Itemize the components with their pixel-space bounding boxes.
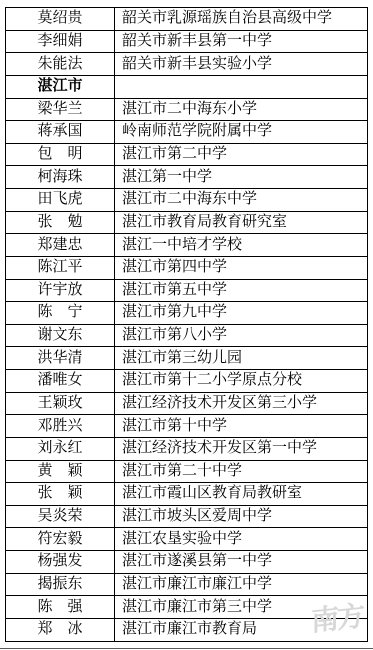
school-cell: 湛江市第二中学 bbox=[115, 143, 368, 166]
school-cell: 湛江农垦实验中学 bbox=[115, 528, 368, 551]
table-row: 潘唯女湛江市第十二小学原点分校 bbox=[6, 370, 368, 393]
table-row: 朱能法韶关市新丰县实验小学 bbox=[6, 53, 368, 76]
name-cell: 揭振东 bbox=[6, 573, 115, 596]
table-row: 包 明湛江市第二中学 bbox=[6, 143, 368, 166]
school-cell: 湛江市二中海东小学 bbox=[115, 98, 368, 121]
name-cell: 张 勉 bbox=[6, 211, 115, 234]
name-cell: 刘永红 bbox=[6, 437, 115, 460]
table-row: 谢文东湛江市第八小学 bbox=[6, 324, 368, 347]
school-cell: 湛江一中培才学校 bbox=[115, 234, 368, 257]
table-row: 郑 冰湛江市廉江市教育局 bbox=[6, 618, 368, 641]
name-cell: 李细娟 bbox=[6, 30, 115, 53]
name-cell: 谢文东 bbox=[6, 324, 115, 347]
school-cell: 湛江市廉江市教育局 bbox=[115, 618, 368, 641]
table-row: 陈 宁湛江市第九中学 bbox=[6, 302, 368, 325]
table-row: 莫绍贵韶关市乳源瑶族自治县高级中学 bbox=[6, 8, 368, 31]
name-cell: 柯海珠 bbox=[6, 166, 115, 189]
name-cell: 陈 宁 bbox=[6, 302, 115, 325]
name-cell: 许宇放 bbox=[6, 279, 115, 302]
name-cell: 郑建忠 bbox=[6, 234, 115, 257]
name-cell: 湛江市 bbox=[6, 75, 115, 98]
table-row: 许宇放湛江市第五中学 bbox=[6, 279, 368, 302]
name-cell: 陈江平 bbox=[6, 256, 115, 279]
school-cell: 湛江市教育局教育研究室 bbox=[115, 211, 368, 234]
school-cell: 湛江市第八小学 bbox=[115, 324, 368, 347]
table-row: 蒋承国岭南师范学院附属中学 bbox=[6, 121, 368, 144]
name-cell: 邓胜兴 bbox=[6, 415, 115, 438]
table-row: 张 勉湛江市教育局教育研究室 bbox=[6, 211, 368, 234]
school-cell: 湛江市第十中学 bbox=[115, 415, 368, 438]
school-cell: 湛江经济技术开发区第一中学 bbox=[115, 437, 368, 460]
school-cell: 湛江市第三幼儿园 bbox=[115, 347, 368, 370]
name-cell: 莫绍贵 bbox=[6, 8, 115, 31]
school-cell: 湛江市第五中学 bbox=[115, 279, 368, 302]
name-cell: 郑 冰 bbox=[6, 618, 115, 641]
name-cell: 黄 颖 bbox=[6, 460, 115, 483]
name-cell: 洪华清 bbox=[6, 347, 115, 370]
roster-table: 莫绍贵韶关市乳源瑶族自治县高级中学李细娟韶关市新丰县第一中学朱能法韶关市新丰县实… bbox=[5, 7, 368, 642]
table-row: 杨强发湛江市遂溪县第一中学 bbox=[6, 551, 368, 574]
school-cell: 湛江市坡头区爱周中学 bbox=[115, 505, 368, 528]
name-cell: 田飞虎 bbox=[6, 189, 115, 212]
school-cell: 湛江市第十二小学原点分校 bbox=[115, 370, 368, 393]
table-row: 陈江平湛江市第四中学 bbox=[6, 256, 368, 279]
school-cell: 湛江市遂溪县第一中学 bbox=[115, 551, 368, 574]
school-cell: 湛江市廉江市第三中学 bbox=[115, 596, 368, 619]
name-cell: 吴炎荣 bbox=[6, 505, 115, 528]
table-row: 李细娟韶关市新丰县第一中学 bbox=[6, 30, 368, 53]
name-cell: 蒋承国 bbox=[6, 121, 115, 144]
school-cell: 湛江市第二十中学 bbox=[115, 460, 368, 483]
table-row: 洪华清湛江市第三幼儿园 bbox=[6, 347, 368, 370]
school-cell: 韶关市新丰县实验小学 bbox=[115, 53, 368, 76]
table-row: 揭振东湛江市廉江市廉江中学 bbox=[6, 573, 368, 596]
table-row: 田飞虎湛江市二中海东中学 bbox=[6, 189, 368, 212]
school-cell bbox=[115, 75, 368, 98]
document-page: 莫绍贵韶关市乳源瑶族自治县高级中学李细娟韶关市新丰县第一中学朱能法韶关市新丰县实… bbox=[0, 0, 373, 650]
name-cell: 朱能法 bbox=[6, 53, 115, 76]
page-bottom-border bbox=[0, 648, 373, 649]
table-row: 陈 强湛江市廉江市第三中学 bbox=[6, 596, 368, 619]
roster-table-body: 莫绍贵韶关市乳源瑶族自治县高级中学李细娟韶关市新丰县第一中学朱能法韶关市新丰县实… bbox=[6, 8, 368, 642]
table-row: 张 颖湛江市霞山区教育局教研室 bbox=[6, 483, 368, 506]
name-cell: 梁华兰 bbox=[6, 98, 115, 121]
school-cell: 湛江市第四中学 bbox=[115, 256, 368, 279]
school-cell: 湛江市二中海东中学 bbox=[115, 189, 368, 212]
school-cell: 湛江市廉江市廉江中学 bbox=[115, 573, 368, 596]
name-cell: 杨强发 bbox=[6, 551, 115, 574]
table-row: 郑建忠湛江一中培才学校 bbox=[6, 234, 368, 257]
school-cell: 湛江第一中学 bbox=[115, 166, 368, 189]
school-cell: 湛江经济技术开发区第三小学 bbox=[115, 392, 368, 415]
name-cell: 陈 强 bbox=[6, 596, 115, 619]
table-row: 吴炎荣湛江市坡头区爱周中学 bbox=[6, 505, 368, 528]
name-cell: 潘唯女 bbox=[6, 370, 115, 393]
school-cell: 湛江市霞山区教育局教研室 bbox=[115, 483, 368, 506]
table-row: 邓胜兴湛江市第十中学 bbox=[6, 415, 368, 438]
name-cell: 包 明 bbox=[6, 143, 115, 166]
name-cell: 符宏毅 bbox=[6, 528, 115, 551]
table-row: 梁华兰湛江市二中海东小学 bbox=[6, 98, 368, 121]
section-row: 湛江市 bbox=[6, 75, 368, 98]
table-row: 刘永红湛江经济技术开发区第一中学 bbox=[6, 437, 368, 460]
name-cell: 张 颖 bbox=[6, 483, 115, 506]
school-cell: 岭南师范学院附属中学 bbox=[115, 121, 368, 144]
table-row: 黄 颖湛江市第二十中学 bbox=[6, 460, 368, 483]
table-row: 符宏毅湛江农垦实验中学 bbox=[6, 528, 368, 551]
table-row: 王颖玫湛江经济技术开发区第三小学 bbox=[6, 392, 368, 415]
school-cell: 韶关市乳源瑶族自治县高级中学 bbox=[115, 8, 368, 31]
school-cell: 韶关市新丰县第一中学 bbox=[115, 30, 368, 53]
table-row: 柯海珠湛江第一中学 bbox=[6, 166, 368, 189]
school-cell: 湛江市第九中学 bbox=[115, 302, 368, 325]
name-cell: 王颖玫 bbox=[6, 392, 115, 415]
